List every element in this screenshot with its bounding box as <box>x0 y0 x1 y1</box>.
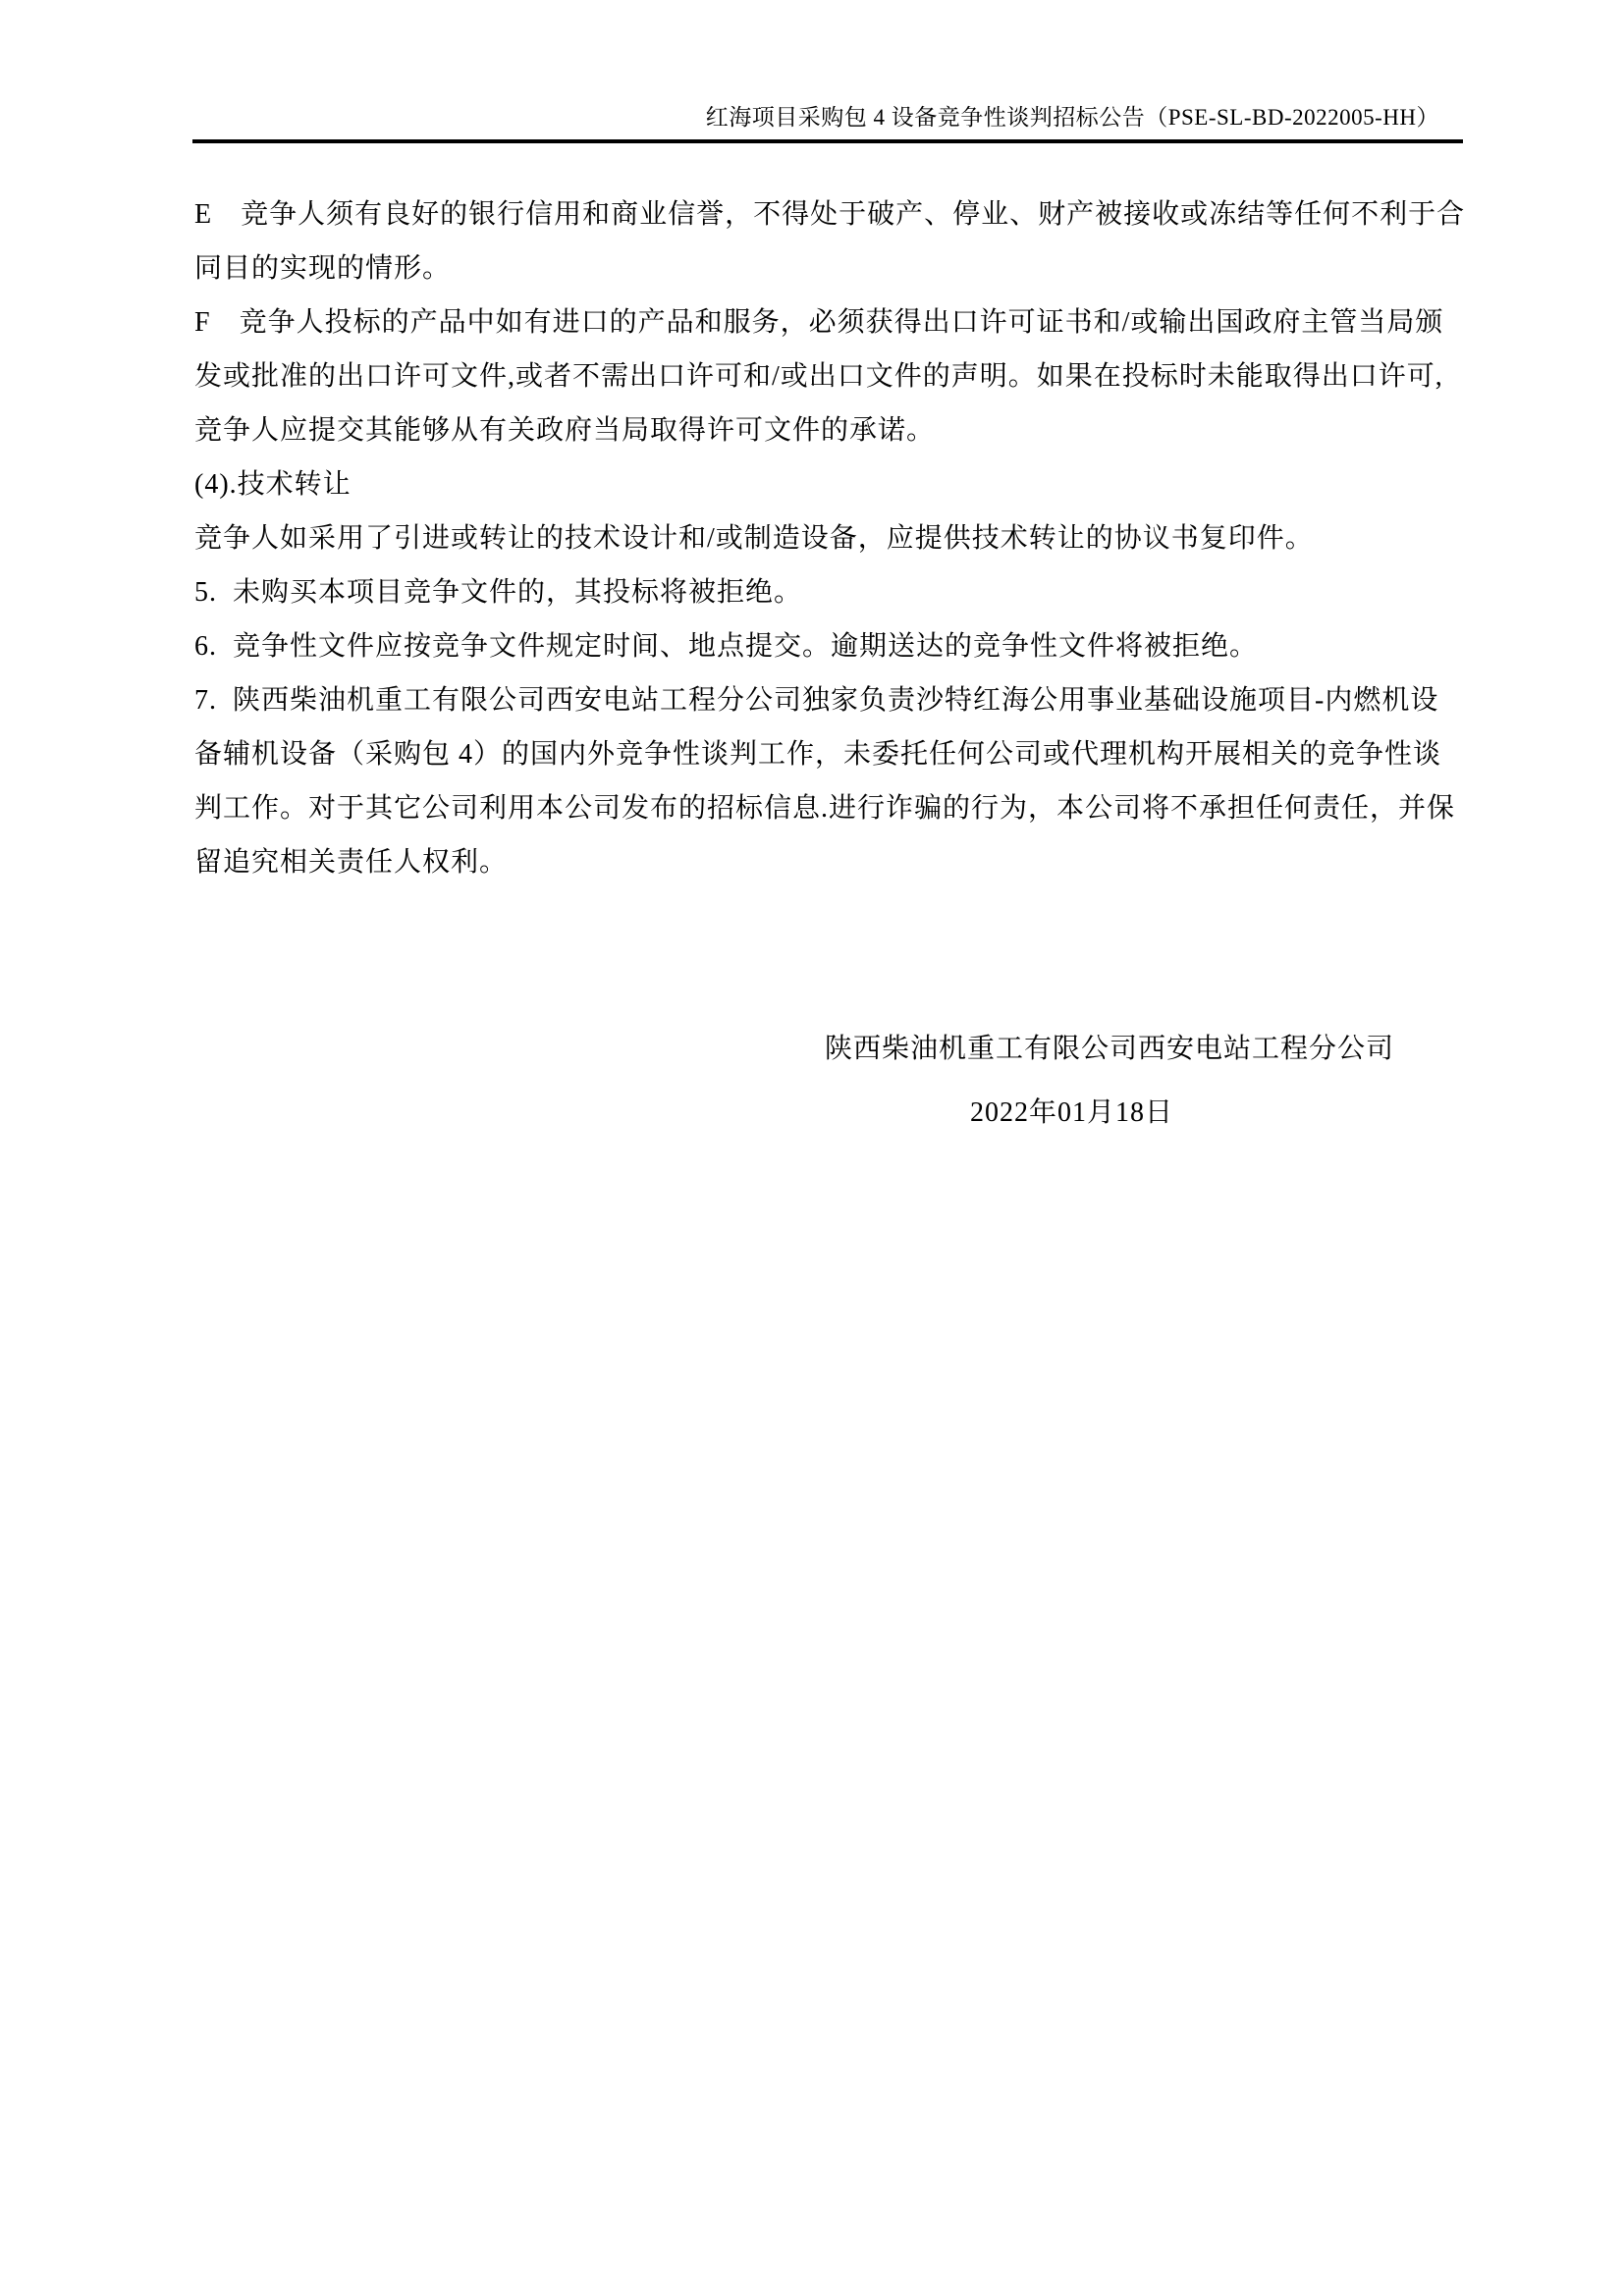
document-body: E 竞争人须有良好的银行信用和商业信誉，不得处于破产、停业、财产被接收或冻结等任… <box>194 187 1549 889</box>
text-line: 发或批准的出口许可文件,或者不需出口许可和/或出口文件的声明。如果在投标时未能取… <box>194 349 1549 403</box>
text-line: 7. 陕西柴油机重工有限公司西安电站工程分公司独家负责沙特红海公用事业基础设施项… <box>194 673 1549 727</box>
header-title: 红海项目采购包 4 设备竞争性谈判招标公告（PSE-SL-BD-2022005-… <box>192 99 1451 132</box>
text-line: 同目的实现的情形。 <box>194 241 1549 295</box>
text-line: E 竞争人须有良好的银行信用和商业信誉，不得处于破产、停业、财产被接收或冻结等任… <box>194 187 1549 241</box>
header-divider <box>192 139 1463 143</box>
text-line: 备辅机设备（采购包 4）的国内外竞争性谈判工作，未委托任何公司或代理机构开展相关… <box>194 727 1549 781</box>
signature-date: 2022年01月18日 <box>970 1086 1173 1140</box>
document-page: 红海项目采购包 4 设备竞争性谈判招标公告（PSE-SL-BD-2022005-… <box>0 0 1624 2296</box>
text-line: 判工作。对于其它公司利用本公司发布的招标信息.进行诈骗的行为，本公司将不承担任何… <box>194 781 1549 835</box>
text-line: 6. 竞争性文件应按竞争文件规定时间、地点提交。逾期送达的竞争性文件将被拒绝。 <box>194 619 1549 673</box>
text-line: 竞争人应提交其能够从有关政府当局取得许可文件的承诺。 <box>194 403 1549 457</box>
text-line: 留追究相关责任人权利。 <box>194 835 1549 889</box>
text-line: 5. 未购买本项目竞争文件的，其投标将被拒绝。 <box>194 565 1549 619</box>
text-line: (4).技术转让 <box>194 457 1549 511</box>
text-line: F 竞争人投标的产品中如有进口的产品和服务，必须获得出口许可证书和/或输出国政府… <box>194 295 1549 349</box>
text-line: 竞争人如采用了引进或转让的技术设计和/或制造设备，应提供技术转让的协议书复印件。 <box>194 511 1549 565</box>
signature-company: 陕西柴油机重工有限公司西安电站工程分公司 <box>825 1022 1394 1076</box>
